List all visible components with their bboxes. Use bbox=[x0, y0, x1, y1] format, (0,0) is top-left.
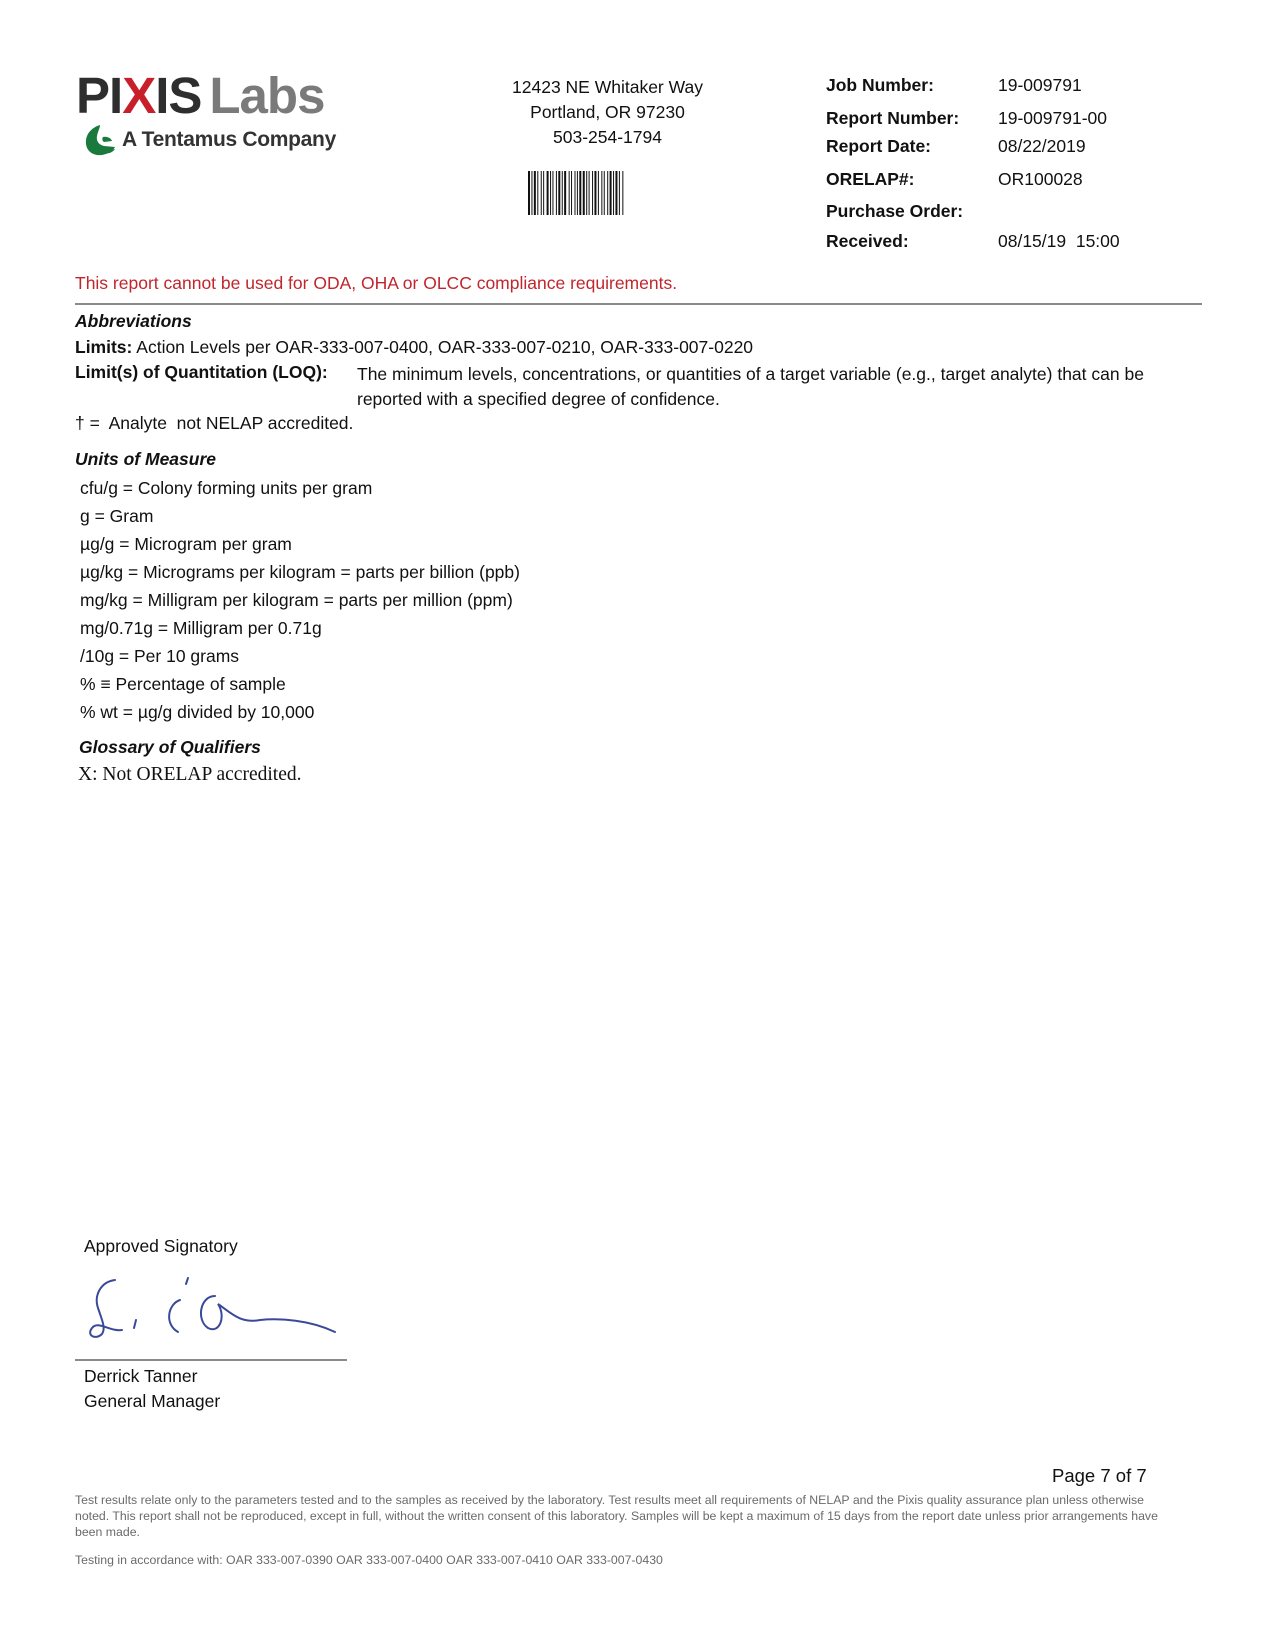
signature-line bbox=[75, 1359, 347, 1361]
unit-item: µg/g = Microgram per gram bbox=[80, 534, 292, 555]
compliance-warning: This report cannot be used for ODA, OHA … bbox=[75, 273, 677, 294]
qualifiers-title: Glossary of Qualifiers bbox=[79, 737, 261, 758]
unit-item: cfu/g = Colony forming units per gram bbox=[80, 478, 372, 499]
lab-address: 12423 NE Whitaker Way Portland, OR 97230… bbox=[490, 75, 725, 150]
unit-item: /10g = Per 10 grams bbox=[80, 646, 239, 667]
dagger-note: † = Analyte not NELAP accredited. bbox=[75, 413, 353, 434]
header-divider bbox=[75, 303, 1202, 305]
address-street: 12423 NE Whitaker Way bbox=[490, 75, 725, 100]
address-phone: 503-254-1794 bbox=[490, 125, 725, 150]
footer-disclaimer: Test results relate only to the paramete… bbox=[75, 1492, 1165, 1540]
signatory-title: General Manager bbox=[84, 1391, 220, 1412]
units-title: Units of Measure bbox=[75, 449, 216, 470]
qualifier-item: X: Not ORELAP accredited. bbox=[78, 764, 301, 786]
logo-wordmark: PIXISLabs bbox=[76, 70, 324, 121]
unit-item: % wt = µg/g divided by 10,000 bbox=[80, 702, 314, 723]
loq-definition: The minimum levels, concentrations, or q… bbox=[357, 362, 1205, 412]
address-city: Portland, OR 97230 bbox=[490, 100, 725, 125]
unit-item: mg/kg = Milligram per kilogram = parts p… bbox=[80, 590, 513, 611]
unit-item: % ≡ Percentage of sample bbox=[80, 674, 286, 695]
page-number: Page 7 of 7 bbox=[1052, 1465, 1147, 1487]
signatory-label: Approved Signatory bbox=[84, 1236, 238, 1257]
unit-item: mg/0.71g = Milligram per 0.71g bbox=[80, 618, 322, 639]
footer-testing-standards: Testing in accordance with: OAR 333-007-… bbox=[75, 1553, 663, 1567]
signatory-name: Derrick Tanner bbox=[84, 1366, 197, 1387]
abbreviations-title: Abbreviations bbox=[75, 311, 192, 332]
loq-label: Limit(s) of Quantitation (LOQ): bbox=[75, 362, 328, 383]
unit-item: g = Gram bbox=[80, 506, 153, 527]
logo-tagline: A Tentamus Company bbox=[82, 120, 336, 160]
unit-item: µg/kg = Micrograms per kilogram = parts … bbox=[80, 562, 520, 583]
limits-definition: Limits: Action Levels per OAR-333-007-04… bbox=[75, 337, 753, 358]
barcode bbox=[528, 171, 668, 215]
signature-image bbox=[80, 1272, 350, 1352]
tentamus-leaf-icon bbox=[82, 122, 118, 158]
company-logo: PIXISLabs A Tentamus Company bbox=[76, 70, 366, 165]
